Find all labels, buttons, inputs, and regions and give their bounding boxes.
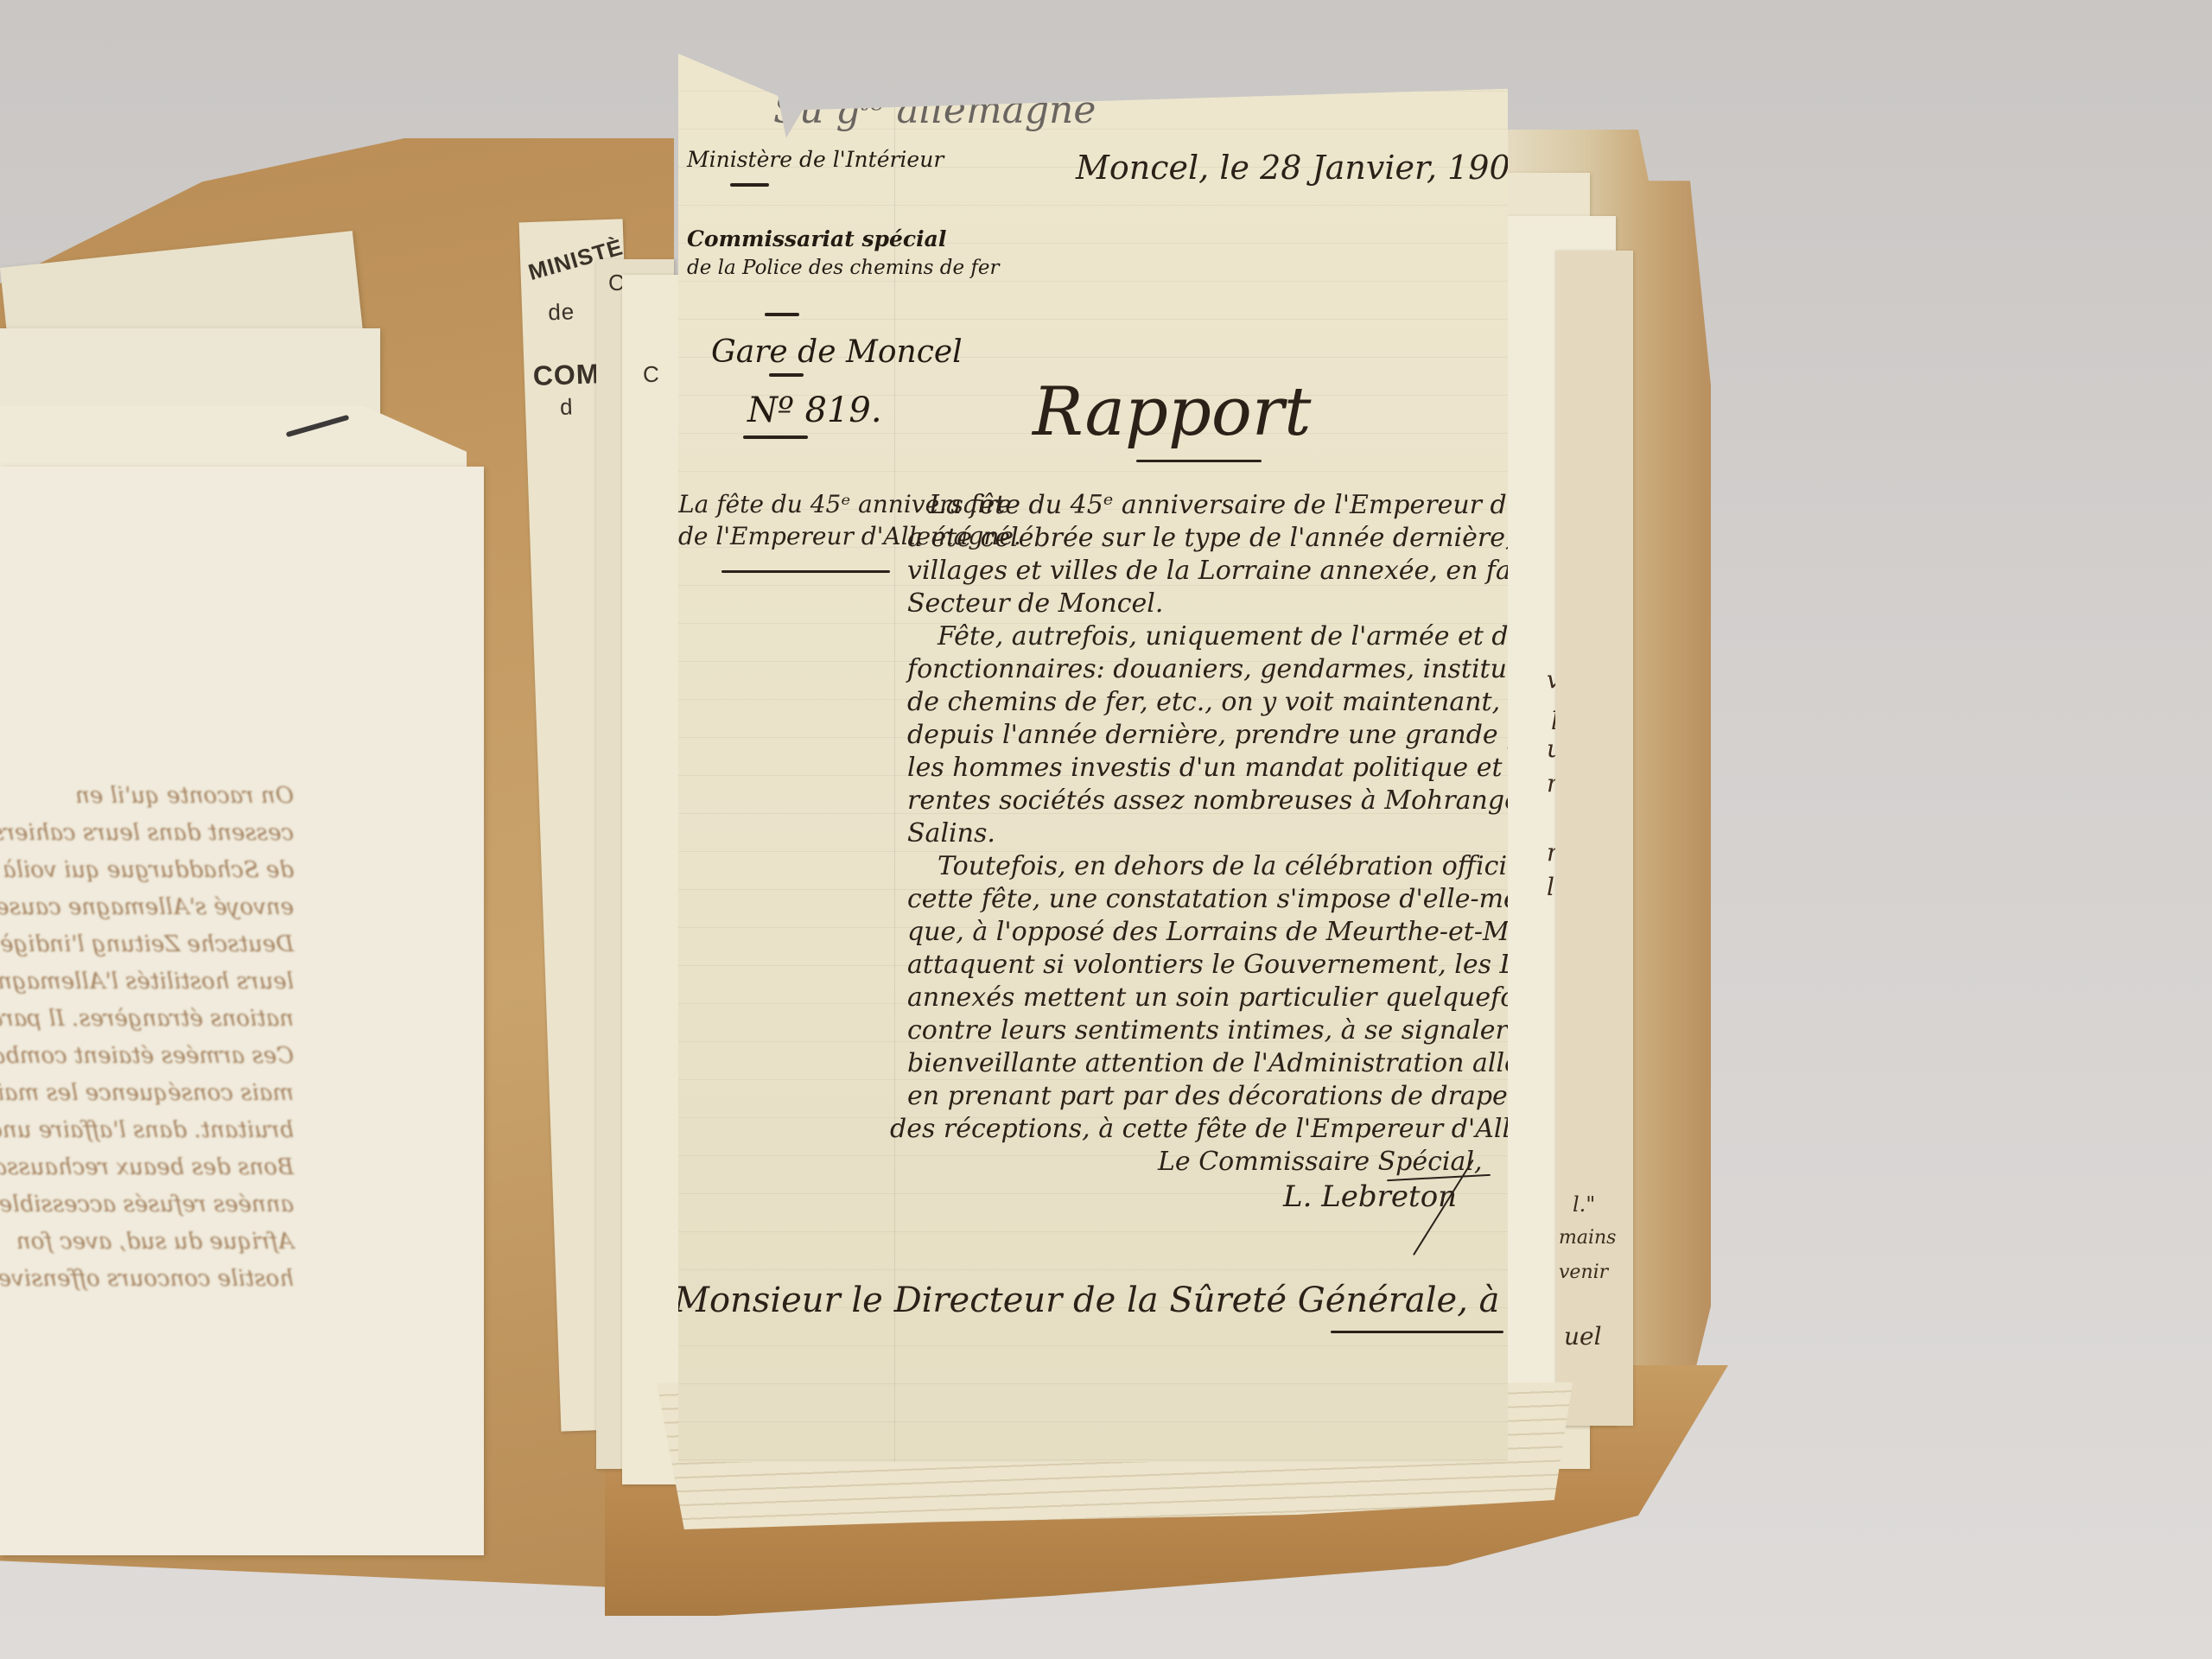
- paris-underline: [1331, 1331, 1503, 1333]
- bleed-line: mais conséquence les maillants: [0, 1075, 294, 1112]
- bleed-line: de Schaddurgue qui voilà: [0, 852, 294, 889]
- printed-header-fragment: d: [560, 393, 575, 421]
- bleed-line: leurs hostilités l'Allemagne: [0, 963, 294, 1001]
- addressee-line: Monsieur le Directeur de la Sûreté Génér…: [674, 1281, 1609, 1320]
- report-title: Rapport: [1033, 373, 1311, 451]
- office-heading: Commissariat spécial: [687, 226, 946, 251]
- body-line: villages et villes de la Lorraine annexé…: [907, 556, 1583, 586]
- bleed-through-text: On raconte qu'il en cessent dans leurs c…: [0, 778, 294, 1298]
- bleed-line: envoyé s'Allemagne cause: [0, 889, 294, 926]
- bleed-line: On raconte qu'il en: [0, 778, 294, 815]
- printed-header-fragment: C: [643, 361, 660, 388]
- body-line: attaquent si volontiers le Gouvernement,…: [907, 950, 1611, 980]
- printed-header-fragment: COM: [532, 358, 601, 392]
- signature: L. Lebreton: [1283, 1179, 1457, 1214]
- station-heading: Gare de Moncel: [711, 334, 963, 370]
- header-divider: [765, 313, 799, 316]
- bleed-line: cessent dans leurs cahiers: [0, 815, 294, 852]
- body-line: de chemins de fer, etc., on y voit maint…: [907, 687, 1604, 717]
- margin-subject-underline: [721, 570, 890, 573]
- bleed-line: Ces armées étaient combattantes: [0, 1038, 294, 1075]
- main-report-sheet: Sû gᵗᵉ allemagne Ministère de l'Intérieu…: [678, 54, 1508, 1462]
- pencil-annotation: Sû gᵗᵉ allemagne: [773, 88, 1096, 132]
- background-sheet: C: [622, 275, 683, 1484]
- bleed-line: Deutsche Zeitung l'indigène: [0, 926, 294, 963]
- number-underline: [743, 435, 808, 439]
- handwriting-fragment: venir: [1559, 1262, 1608, 1283]
- background-sheet: l." mains venir uel: [1555, 251, 1633, 1426]
- body-line: Secteur de Moncel.: [907, 588, 1163, 619]
- report-number: Nº 819.: [747, 391, 882, 430]
- title-underline: [1136, 460, 1262, 462]
- handwriting-fragment: mains: [1559, 1227, 1616, 1249]
- handwriting-fragment: uel: [1564, 1322, 1602, 1351]
- ministry-heading: Ministère de l'Intérieur: [687, 147, 944, 172]
- place-date: Moncel, le 28 Janvier, 1904.: [1076, 149, 1541, 187]
- handwriting-fragment: l.": [1573, 1192, 1595, 1217]
- body-line: Salins.: [907, 818, 995, 849]
- body-line: en prenant part par des décorations de d…: [907, 1081, 1595, 1111]
- bleed-line: Bons des beaux rechaussant sa: [0, 1149, 294, 1186]
- bleed-line: Afrique du sud, avec fon: [0, 1224, 294, 1261]
- bleed-line: hostile concours offensive f: [0, 1261, 294, 1298]
- printed-header-fragment: de: [548, 298, 575, 326]
- office-subheading: de la Police des chemins de fer: [687, 257, 1000, 279]
- bleed-line: nations étrangères. Il parais-: [0, 1001, 294, 1038]
- body-line: Toutefois, en dehors de la célébration o…: [938, 851, 1594, 881]
- closing-title: Le Commissaire Spécial,: [1158, 1147, 1483, 1177]
- bleed-line: bruitant. dans l'affaire une fois: [0, 1112, 294, 1149]
- header-divider: [730, 183, 769, 187]
- header-divider: [769, 373, 804, 377]
- bleed-line: années refusés accessibles beau: [0, 1186, 294, 1224]
- body-line: contre leurs sentiments intimes, à se si…: [907, 1015, 1563, 1046]
